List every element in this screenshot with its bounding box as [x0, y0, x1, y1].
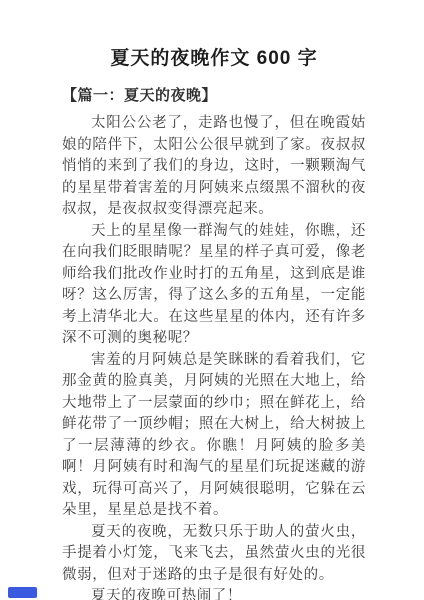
essay-paragraph: 天上的星星像一群淘气的娃娃，你瞧，还在向我们眨眼睛呢？星星的样子真可爱，像老师给… — [62, 221, 366, 350]
page-title: 夏天的夜晚作文 600 字 — [62, 46, 366, 72]
essay-paragraph: 夏天的夜晚可热闹了！ — [62, 586, 366, 600]
essay-paragraph: 太阳公公老了，走路也慢了，但在晚霞姑娘的陪伴下，太阳公公很早就到了家。夜叔叔悄悄… — [62, 113, 366, 221]
section-heading: 【篇一：夏天的夜晚】 — [62, 86, 366, 106]
essay-paragraph: 害羞的月阿姨总是笑眯眯的看着我们，它那金黄的脸真美，月阿姨的光照在大地上，给大地… — [62, 350, 366, 522]
essay-paragraph: 夏天的夜晚，无数只乐于助人的萤火虫，手提着小灯笼，飞来飞去，虽然萤火虫的光很微弱… — [62, 522, 366, 587]
essay-page: 夏天的夜晚作文 600 字 【篇一：夏天的夜晚】 太阳公公老了，走路也慢了，但在… — [0, 0, 424, 600]
blue-marker-badge — [8, 587, 37, 598]
essay-body: 太阳公公老了，走路也慢了，但在晚霞姑娘的陪伴下，太阳公公很早就到了家。夜叔叔悄悄… — [62, 113, 366, 600]
